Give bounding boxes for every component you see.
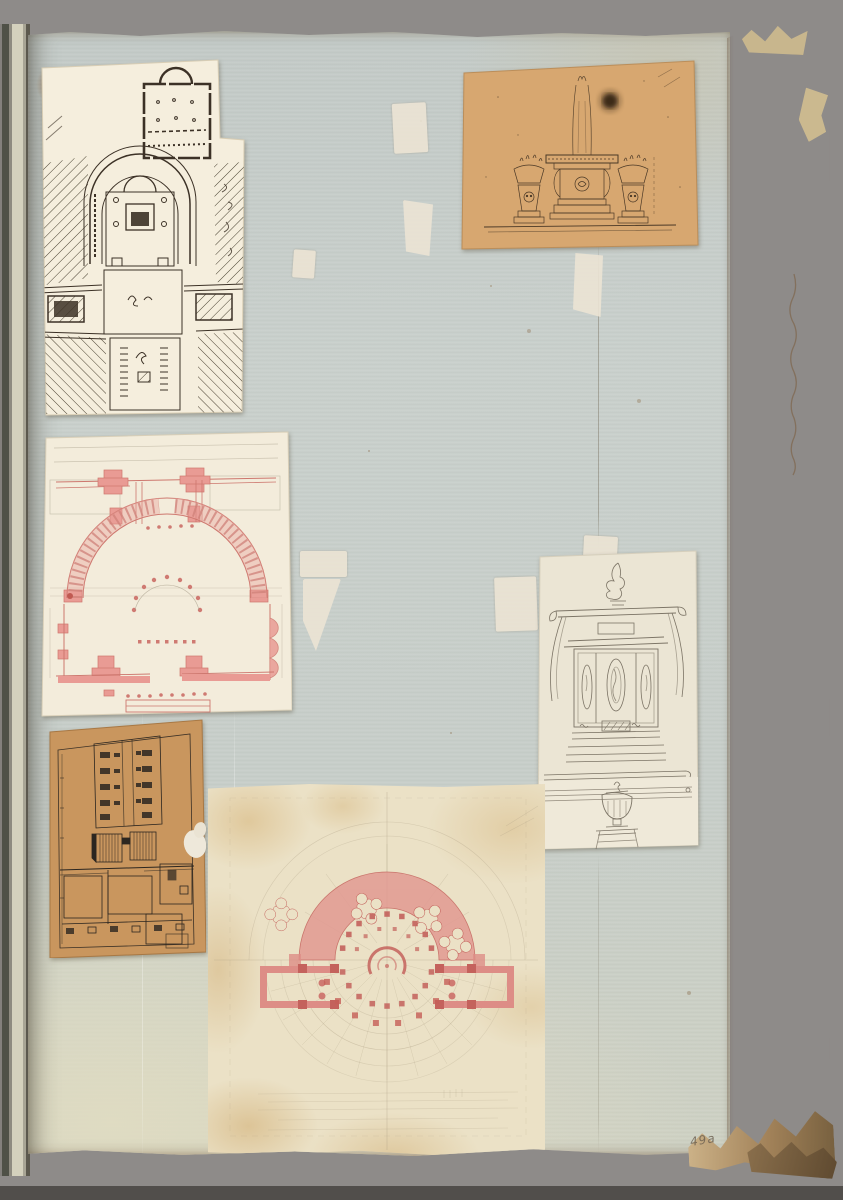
fore-edge-inscription — [786, 272, 802, 477]
paste-residue-patch — [573, 253, 603, 317]
scan-backdrop-edge — [0, 1186, 843, 1200]
paste-residue-patch — [403, 200, 433, 256]
torn-paper-fray — [741, 25, 808, 57]
paste-residue-patch — [392, 102, 429, 154]
paste-residue-patch — [494, 576, 538, 631]
sketch-theater-plan — [40, 428, 292, 718]
page-crease — [598, 854, 599, 1154]
paste-residue-patch — [303, 579, 341, 651]
sketch-ink-plan — [32, 42, 248, 416]
album-scan: 49a — [0, 0, 843, 1200]
sketch-palazzo-plan — [48, 718, 206, 958]
sketch-altar-graphite — [536, 549, 700, 851]
book-binding-edge — [0, 24, 30, 1176]
paste-residue-patch — [292, 249, 316, 278]
sketch-radial-plan — [208, 784, 545, 1156]
sketch-altar-elevation — [458, 57, 700, 253]
album-page — [28, 30, 730, 1156]
paste-residue-patch — [300, 551, 347, 577]
book-fore-edge — [727, 28, 830, 1168]
